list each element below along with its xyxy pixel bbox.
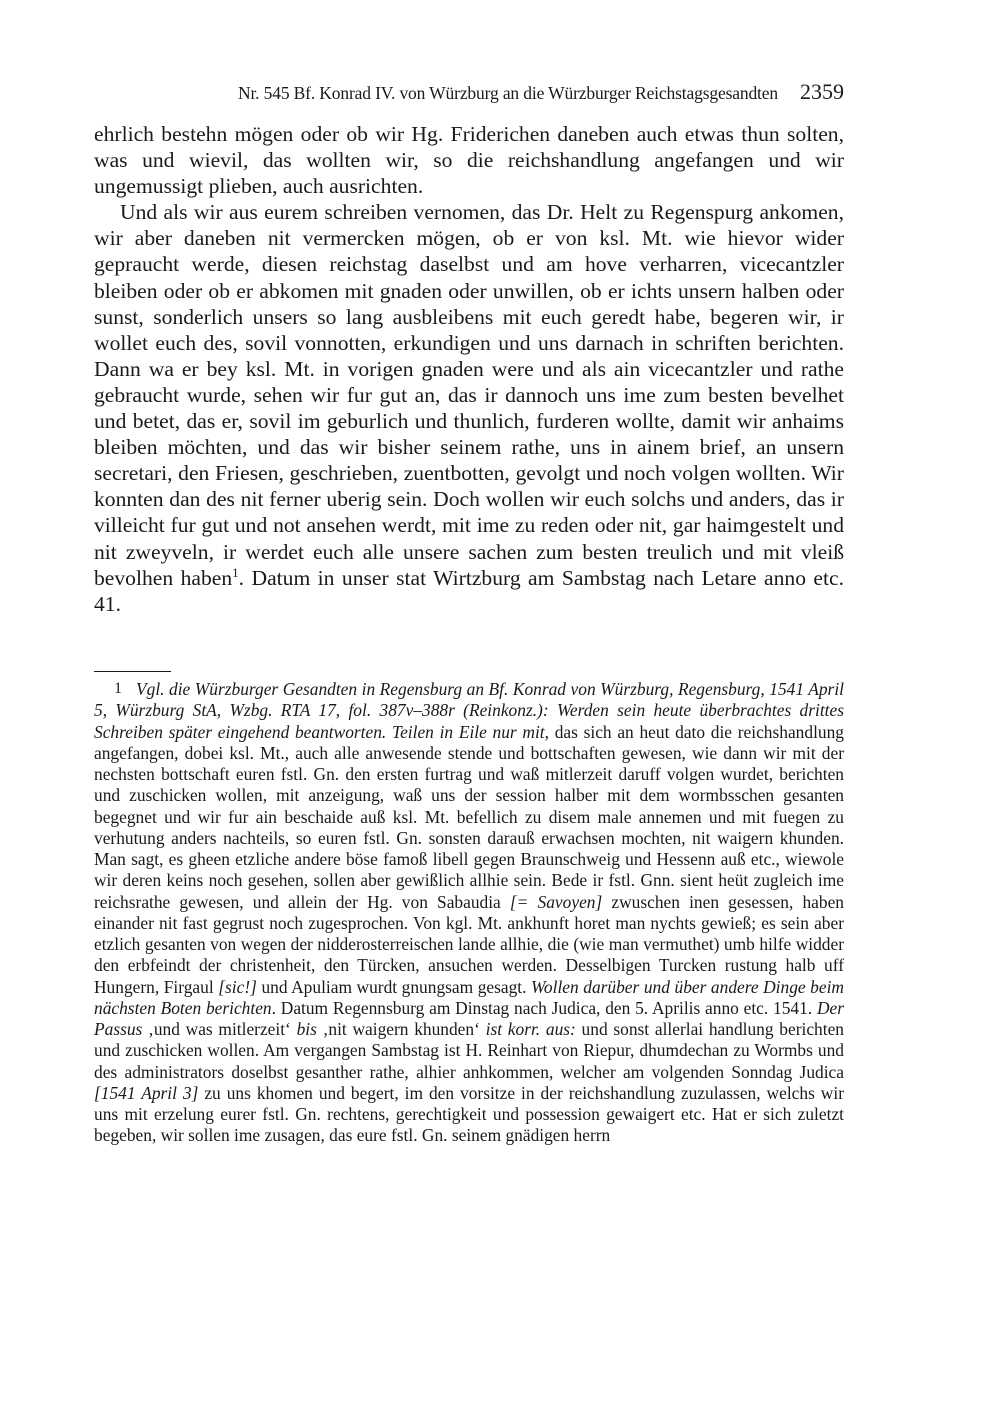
footnote-segment: zu uns khomen und begert, im den vorsitz… [94,1083,844,1146]
footnote-segment: , das sich an heut dato die reichshandlu… [94,722,844,912]
footnote-segment: . Datum Regennsburg am Dinstag nach Judi… [272,998,817,1018]
footnote-number: 1 [94,678,122,699]
paragraph-1: ehrlich bestehn mögen oder ob wir Hg. Fr… [94,121,844,199]
footnote-segment: [sic!] [218,977,257,997]
footnote-segment: und Apuliam wurdt gnungsam gesagt. [257,977,531,997]
footnote-segment: bis [297,1019,317,1039]
page-number: 2359 [800,79,844,105]
footnote-segment: ist korr. aus: [486,1019,576,1039]
main-text: ehrlich bestehn mögen oder ob wir Hg. Fr… [94,121,844,617]
footnote-1: 1Vgl. die Würzburger Gesandten in Regens… [94,678,844,1147]
footnote-segment: [1541 April 3] [94,1083,198,1103]
footnote-segment: ‚und was mitlerzeit‘ [142,1019,296,1039]
footnote-divider [94,671,171,672]
running-head-title: Nr. 545 Bf. Konrad IV. von Würzburg an d… [238,83,778,104]
footnote-segment: [= Savoyen] [510,892,602,912]
paragraph-2-text: Und als wir aus eurem schreiben vernomen… [94,200,844,589]
footnote-segment: ‚nit waigern khunden‘ [317,1019,486,1039]
paragraph-2: Und als wir aus eurem schreiben vernomen… [94,199,844,617]
running-head: Nr. 545 Bf. Konrad IV. von Würzburg an d… [94,80,844,108]
